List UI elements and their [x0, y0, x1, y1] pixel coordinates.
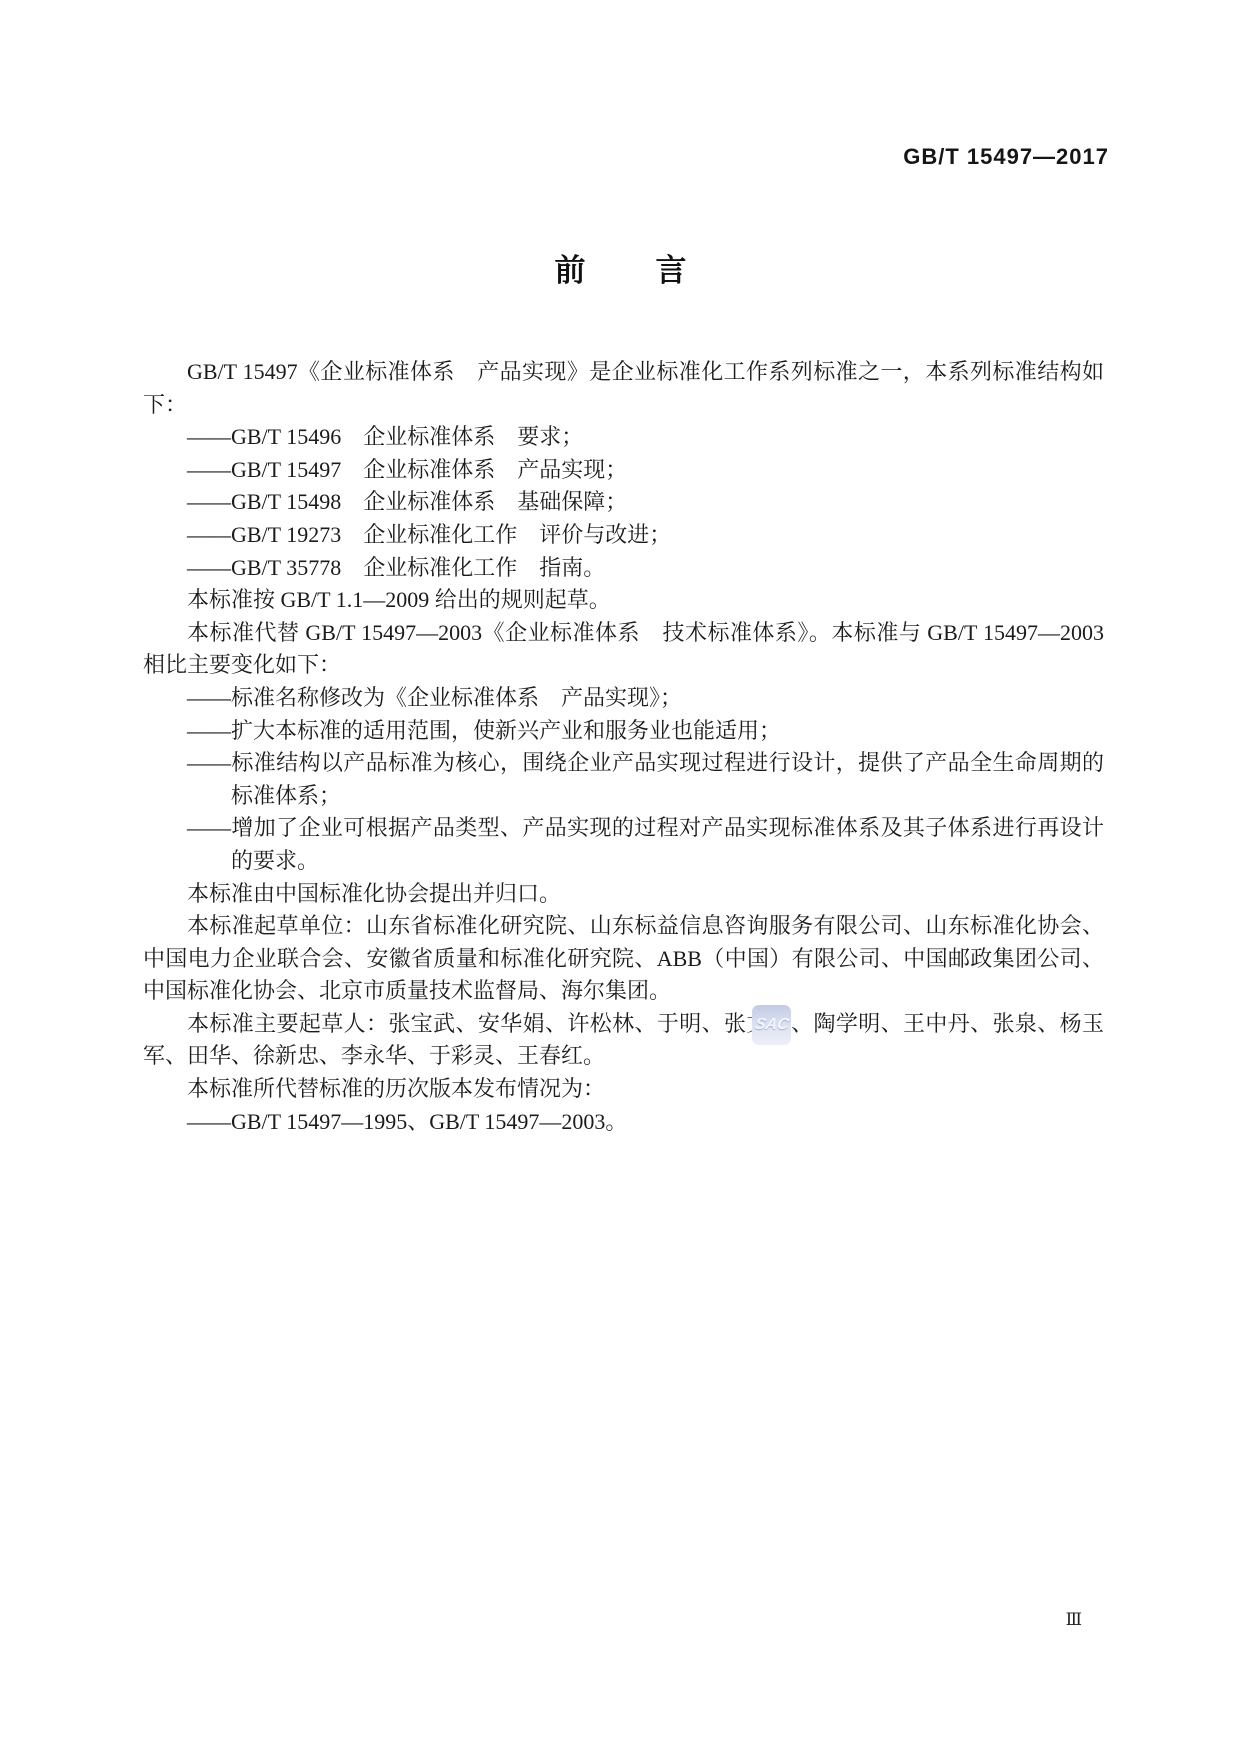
paragraph-intro: GB/T 15497《企业标准体系 产品实现》是企业标准化工作系列标准之一，本系…: [143, 356, 1104, 421]
change-item-scope: ——扩大本标准的适用范围，使新兴产业和服务业也能适用；: [143, 715, 1104, 748]
list-item-previous-editions: ——GB/T 15497—1995、GB/T 15497—2003。: [143, 1106, 1104, 1139]
page-number: Ⅲ: [1066, 1610, 1082, 1630]
paragraph-replacement: 本标准代替 GB/T 15497—2003《企业标准体系 技术标准体系》。本标准…: [143, 617, 1104, 682]
list-item-gbt15498: ——GB/T 15498 企业标准体系 基础保障；: [143, 486, 1104, 519]
paragraph-proposer: 本标准由中国标准化协会提出并归口。: [143, 878, 1104, 911]
standard-number-header: GB/T 15497—2017: [903, 144, 1109, 170]
page-title: 前 言: [0, 245, 1241, 290]
title-word-2: 言: [656, 245, 687, 290]
foreword-body: GB/T 15497《企业标准体系 产品实现》是企业标准化工作系列标准之一，本系…: [143, 356, 1104, 1138]
paragraph-drafters: 本标准主要起草人：张宝武、安华娟、许松林、于明、张文秋、陶学明、王中丹、张泉、杨…: [143, 1008, 1104, 1073]
paragraph-drafting-units: 本标准起草单位：山东省标准化研究院、山东标益信息咨询服务有限公司、山东标准化协会…: [143, 910, 1104, 1008]
list-item-gbt35778: ——GB/T 35778 企业标准化工作 指南。: [143, 552, 1104, 585]
paragraph-drafting-rule: 本标准按 GB/T 1.1—2009 给出的规则起草。: [143, 584, 1104, 617]
list-item-gbt15496: ——GB/T 15496 企业标准体系 要求；: [143, 421, 1104, 454]
change-item-structure: ——标准结构以产品标准为核心，围绕企业产品实现过程进行设计，提供了产品全生命周期…: [143, 747, 1104, 812]
list-item-gbt15497: ——GB/T 15497 企业标准体系 产品实现；: [143, 454, 1104, 487]
change-item-name: ——标准名称修改为《企业标准体系 产品实现》；: [143, 682, 1104, 715]
list-item-gbt19273: ——GB/T 19273 企业标准化工作 评价与改进；: [143, 519, 1104, 552]
title-word-1: 前: [555, 245, 586, 290]
paragraph-previous-editions-intro: 本标准所代替标准的历次版本发布情况为：: [143, 1073, 1104, 1106]
document-page: GB/T 15497—2017 前 言 GB/T 15497《企业标准体系 产品…: [0, 0, 1241, 1754]
change-item-redesign: ——增加了企业可根据产品类型、产品实现的过程对产品实现标准体系及其子体系进行再设…: [143, 812, 1104, 877]
